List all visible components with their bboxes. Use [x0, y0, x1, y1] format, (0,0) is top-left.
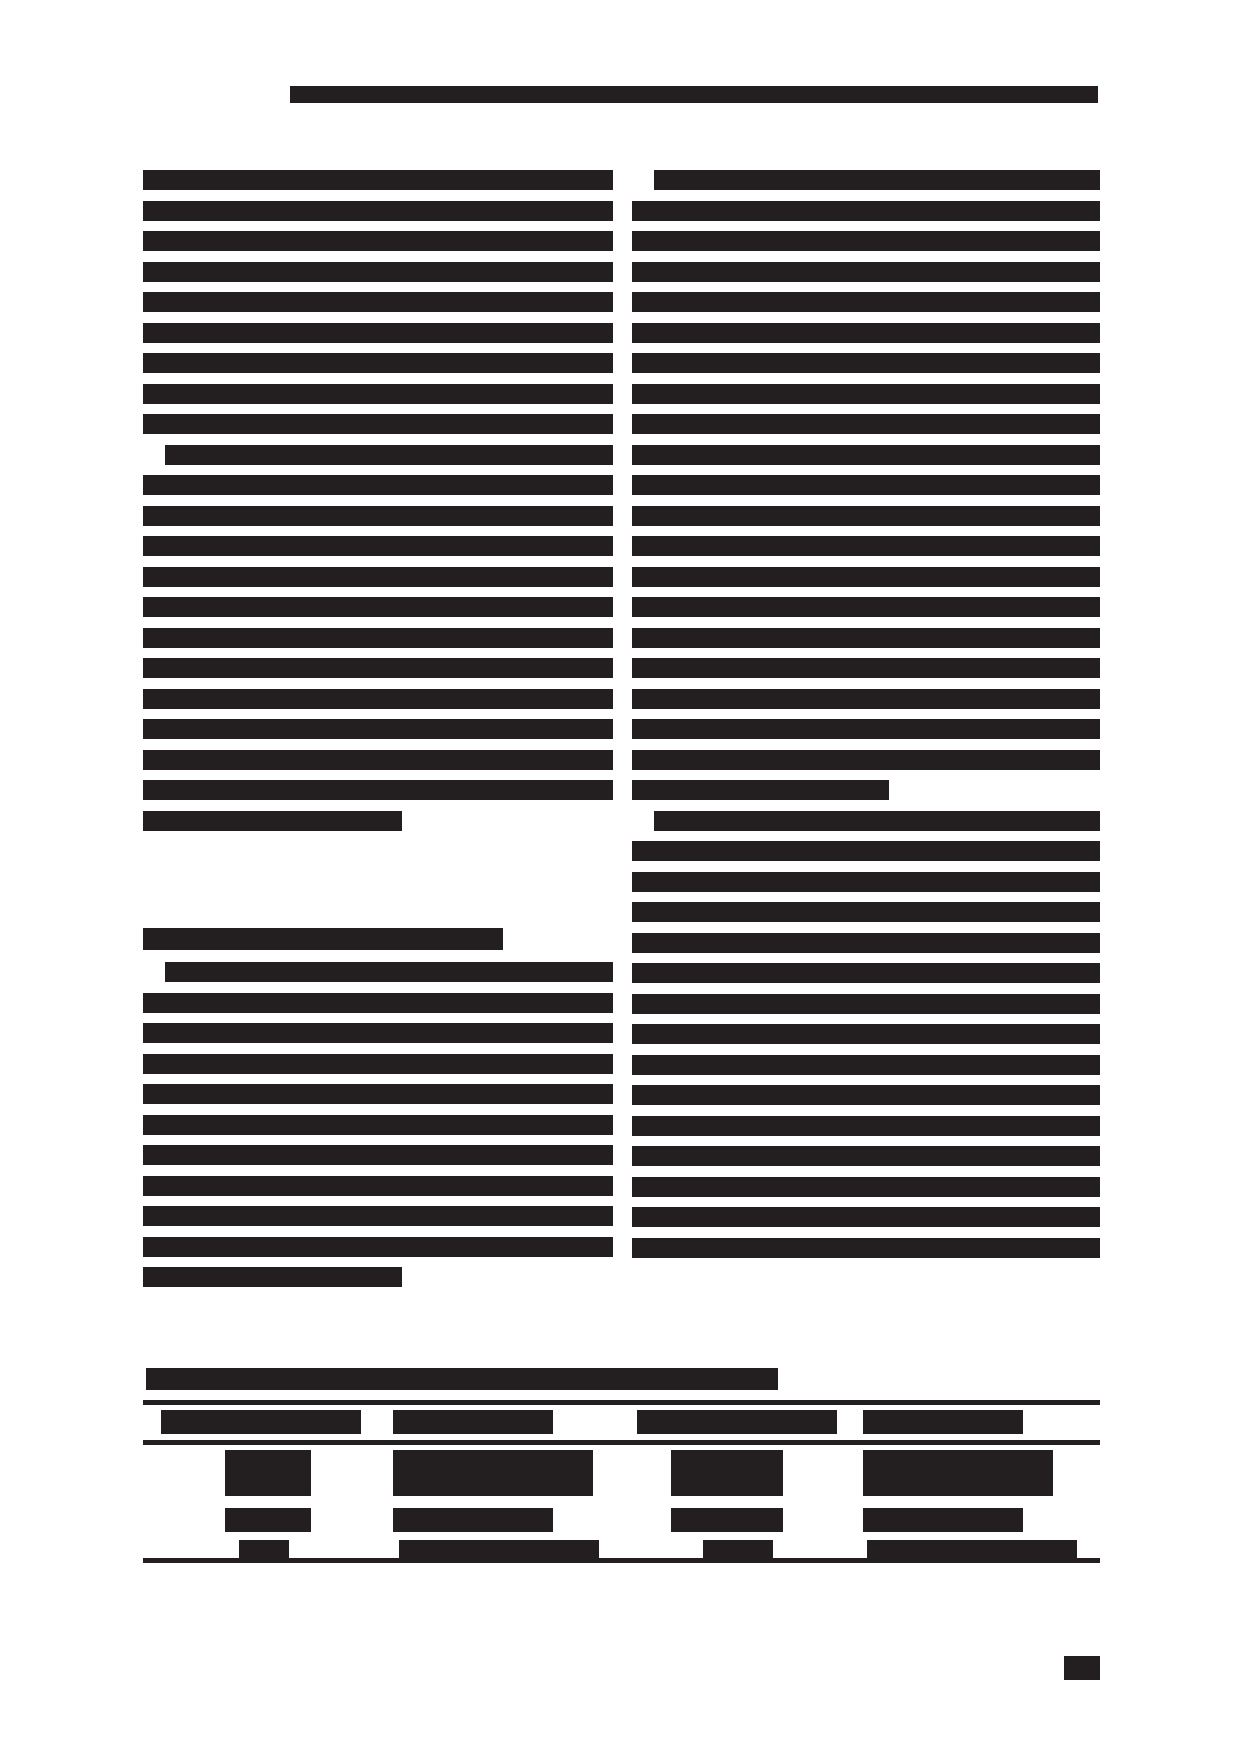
redacted-text-line	[632, 292, 1100, 312]
table-cell: [redacted]	[671, 1508, 783, 1532]
redacted-text-line	[632, 1177, 1100, 1197]
table-cell: [redacted]	[393, 1508, 553, 1532]
redacted-text-line	[143, 201, 613, 221]
redacted-text-line	[632, 658, 1100, 678]
redacted-text-line	[632, 353, 1100, 373]
redacted-text-line	[143, 323, 613, 343]
redacted-text-line	[632, 414, 1100, 434]
redacted-text-line	[632, 536, 1100, 556]
redacted-text-line	[632, 994, 1100, 1014]
redacted-text-line	[143, 475, 613, 495]
redacted-text-line	[143, 1054, 613, 1074]
redacted-text-line	[632, 719, 1100, 739]
table-cell: [redacted]	[239, 1540, 289, 1558]
table-cell: [redacted]	[393, 1450, 593, 1496]
redacted-text-line	[143, 597, 613, 617]
table-header-cell: [redacted]	[863, 1410, 1023, 1434]
redacted-text-line	[143, 719, 613, 739]
redacted-text-line	[632, 475, 1100, 495]
redacted-text-line	[143, 1237, 613, 1257]
redacted-text-line	[143, 993, 613, 1013]
running-header: [redacted running header]	[290, 86, 1098, 103]
redacted-text-line	[143, 750, 613, 770]
redacted-text-line	[143, 170, 613, 190]
redacted-text-line	[143, 567, 613, 587]
redacted-text-line	[632, 933, 1100, 953]
redacted-text-line	[632, 262, 1100, 282]
page-number: [redacted]	[1064, 1656, 1100, 1680]
redacted-text-line	[632, 902, 1100, 922]
table-top-rule	[143, 1400, 1100, 1405]
redacted-text-line	[632, 841, 1100, 861]
table-cell: [redacted]	[863, 1508, 1023, 1532]
table-header-cell: [redacted]	[161, 1410, 361, 1434]
redacted-text-line	[632, 1207, 1100, 1227]
redacted-text-line	[143, 262, 613, 282]
redacted-text-line	[165, 962, 613, 982]
redacted-text-line	[143, 1023, 613, 1043]
right-column	[632, 170, 1100, 1330]
data-table: [redacted] [redacted] [redacted] [redact…	[143, 1400, 1100, 1570]
redacted-text-line	[654, 811, 1100, 831]
redacted-text-line	[143, 1145, 613, 1165]
redacted-text-line	[632, 597, 1100, 617]
redacted-text-line	[143, 1084, 613, 1104]
table-caption: [redacted table caption]	[146, 1368, 778, 1390]
redacted-text-line	[632, 1146, 1100, 1166]
redacted-text-line	[632, 201, 1100, 221]
redacted-text-line	[143, 231, 613, 251]
table-cell: [redacted]	[703, 1540, 773, 1558]
redacted-text-line	[632, 963, 1100, 983]
redacted-text-line	[143, 658, 613, 678]
redacted-text-line	[632, 780, 889, 800]
redacted-text-line	[143, 414, 613, 434]
redacted-text-line	[632, 506, 1100, 526]
table-header-cell: [redacted]	[637, 1410, 837, 1434]
redacted-text-line	[632, 445, 1100, 465]
table-header-rule	[143, 1440, 1100, 1445]
table-cell: [redacted]	[863, 1450, 1053, 1496]
redacted-text-line	[632, 1238, 1100, 1258]
redacted-text-line	[632, 567, 1100, 587]
redacted-text-line	[632, 384, 1100, 404]
table-cell: [redacted]	[671, 1450, 783, 1496]
section-heading: [redacted section heading]	[143, 928, 503, 950]
redacted-text-line	[632, 872, 1100, 892]
redacted-text-line	[143, 1176, 613, 1196]
redacted-text-line	[143, 506, 613, 526]
redacted-text-line	[632, 1085, 1100, 1105]
redacted-text-line	[143, 1267, 402, 1287]
redacted-text-line	[632, 1024, 1100, 1044]
table-bottom-rule	[143, 1558, 1100, 1563]
table-cell: [redacted]	[399, 1540, 599, 1558]
redacted-text-line	[143, 689, 613, 709]
table-header-cell: [redacted]	[393, 1410, 553, 1434]
redacted-text-line	[632, 323, 1100, 343]
redacted-text-line	[165, 445, 613, 465]
redacted-text-line	[143, 1115, 613, 1135]
redacted-text-line	[654, 170, 1100, 190]
redacted-text-line	[632, 231, 1100, 251]
redacted-text-line	[632, 628, 1100, 648]
table-cell: [redacted]	[867, 1540, 1077, 1558]
redacted-text-line	[143, 1206, 613, 1226]
redacted-text-line	[143, 384, 613, 404]
redacted-text-line	[632, 1116, 1100, 1136]
table-cell: [redacted]	[225, 1508, 311, 1532]
left-column	[143, 170, 613, 1330]
redacted-text-line	[143, 811, 402, 831]
table-cell: [redacted]	[225, 1450, 311, 1496]
redacted-text-line	[632, 1055, 1100, 1075]
redacted-text-line	[143, 292, 613, 312]
redacted-text-line	[632, 689, 1100, 709]
redacted-text-line	[143, 353, 613, 373]
redacted-text-line	[143, 536, 613, 556]
redacted-text-line	[143, 780, 613, 800]
redacted-text-line	[632, 750, 1100, 770]
redacted-text-line	[143, 628, 613, 648]
